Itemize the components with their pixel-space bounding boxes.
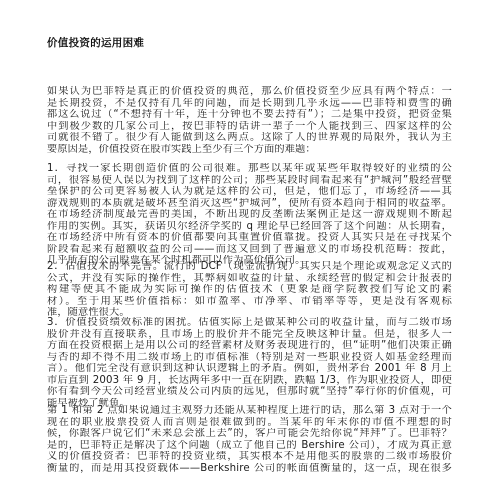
text-line: 阶段看起来有超额收益的公司——而这又回到了普遍意义的市场投机范畴：按此，: [47, 244, 452, 256]
text-line: 方面在投资根据上是用以公司的经营素材及财务表现进行的，但“证明”他们决策正确: [47, 340, 452, 352]
text-line: 游戏规则的本质就是破坏甚至消灭这些“护城河”，使所有资本趋向于相同的收益率。: [47, 198, 452, 210]
paragraph-conclusion: 第 1 和第 2 点如果说通过主观努力还能从某种程度上进行的话，那么第 3 点对…: [47, 405, 452, 474]
paragraph-intro: 如果认为巴菲特是真正的价值投资的典范，那么价值投资至少应具有两个特点：一 是长期…: [47, 86, 452, 155]
text-line: 义的价值投资者：巴菲特的投资业绩，其实根本不是用他买的股票的二级市场股价: [47, 451, 452, 463]
text-line: 作用的实例。其实，获诺贝尔经济学奖的 q 理论早已经回答了这个问题：从长期看，: [47, 221, 452, 233]
text-line: 要原因是，价值投资在股市实践上至少有三个方面的难题：: [47, 144, 452, 156]
text-line: 3．价值投资绩效标准的困扰。估值实际上是做某种公司的收益计量，而与二级市场: [47, 317, 452, 329]
text-line: 候，你跟客户说它们“未来总会涨上去”的，客户可能会先给你说“拜拜”了。巴菲特？: [47, 428, 452, 440]
paragraph-point-3: 3．价值投资绩效标准的困扰。估值实际上是做某种公司的收益计量，而与二级市场 股价…: [47, 317, 452, 409]
paragraph-point-2: 2．估值技术的不完善。流行的 DCF（现金流折现）其实只是个理论或观念定义式的 …: [47, 261, 452, 319]
text-line: 如果认为巴菲特是真正的价值投资的典范，那么价值投资至少应具有两个特点：一: [47, 86, 452, 98]
text-line: 构建等使其不能成为实际可操作的估值技术（更象是商学院教授们写论文的素: [47, 284, 452, 296]
text-line: 是的，巴菲特正是解决了这个问题（成立了他自己的 Bershire 公司），才成为…: [47, 440, 452, 452]
text-line: 司，很容易使人误以为找到了这样的公司；那些某段时间看起来有“护城河”般经营壁: [47, 175, 452, 187]
text-line: 衡量的，而是用其投资载体——Berkshire 公司的帐面值衡量的，这一点，现在…: [47, 463, 452, 475]
text-line: 你有看到今天公司经营业绩及公司内质的远见，但那时就“坚持”奉行你的价值观，可: [47, 386, 452, 398]
text-line: 都这么说过（“不想持有十年，连十分钟也不要去持有”）；二是集中投资，把资金集: [47, 109, 452, 121]
document-title: 价值投资的运用困难: [47, 35, 144, 50]
text-line: 与否的却不得不用二级市场上的市值标准（特别是对一些职业投资人如基金经理而: [47, 352, 452, 364]
text-line: 2．估值技术的不完善。流行的 DCF（现金流折现）其实只是个理论或观念定义式的: [47, 261, 452, 273]
text-line: 在市场经济制度最完善的美国，不断出现的反垄断法案例正是这一游戏规则不断起: [47, 209, 452, 221]
text-line: 言）。他们完全没有意识到这种认识逻辑上的矛盾。例如，贵州茅台 2001 年 8 …: [47, 363, 452, 375]
text-line: 1．寻找一家长期创造价值的公司很难。那些以某年或某些年取得较好的业绩的公: [47, 163, 452, 175]
text-line: 第 1 和第 2 点如果说通过主观努力还能从某种程度上进行的话，那么第 3 点对…: [47, 405, 452, 417]
text-line: 公式，并没有实际的操作性，其弊病如收益的计量、永续经营的假定和会计报表的: [47, 273, 452, 285]
text-line: 在市场经济中所有资本的价值都要向其重置价值靠拢。投资人其实只是在寻找某个: [47, 232, 452, 244]
paragraph-point-1: 1．寻找一家长期创造价值的公司很难。那些以某年或某些年取得较好的业绩的公 司，很…: [47, 163, 452, 267]
text-line: 市后直到 2003 年 9 月，长达两年多中一直在阴跌，跌幅 1/3，作为职业投…: [47, 375, 452, 387]
text-line: 材）。至于用某些价值指标：如市盈率、市净率、市销率等等，更是没有客观标: [47, 296, 452, 308]
text-line: 现在的职业股票投资人而言则是很难做到的。当某年的年末你的市值不理想的时: [47, 417, 452, 429]
text-line: 司就很不错了。很少有人能做到这么两点。这除了人的世界观的局限外，我认为主: [47, 132, 452, 144]
text-line: 中到极少数的几家公司上，按巴菲特的话讲一辈子一个人能找到三、四家这样的公: [47, 121, 452, 133]
text-line: 是长期投资，不是仅持有几年的问题，而是长期到几乎永远——巴菲特和费雪的确: [47, 98, 452, 110]
text-line: 垒保护的公司更容易被人认为就是这样的公司，但是，他们忘了，市场经济——其: [47, 186, 452, 198]
text-line: 股价并没有直接联系，且市场上的股价并不能完全反映这种计量。但是，很多人一: [47, 329, 452, 341]
